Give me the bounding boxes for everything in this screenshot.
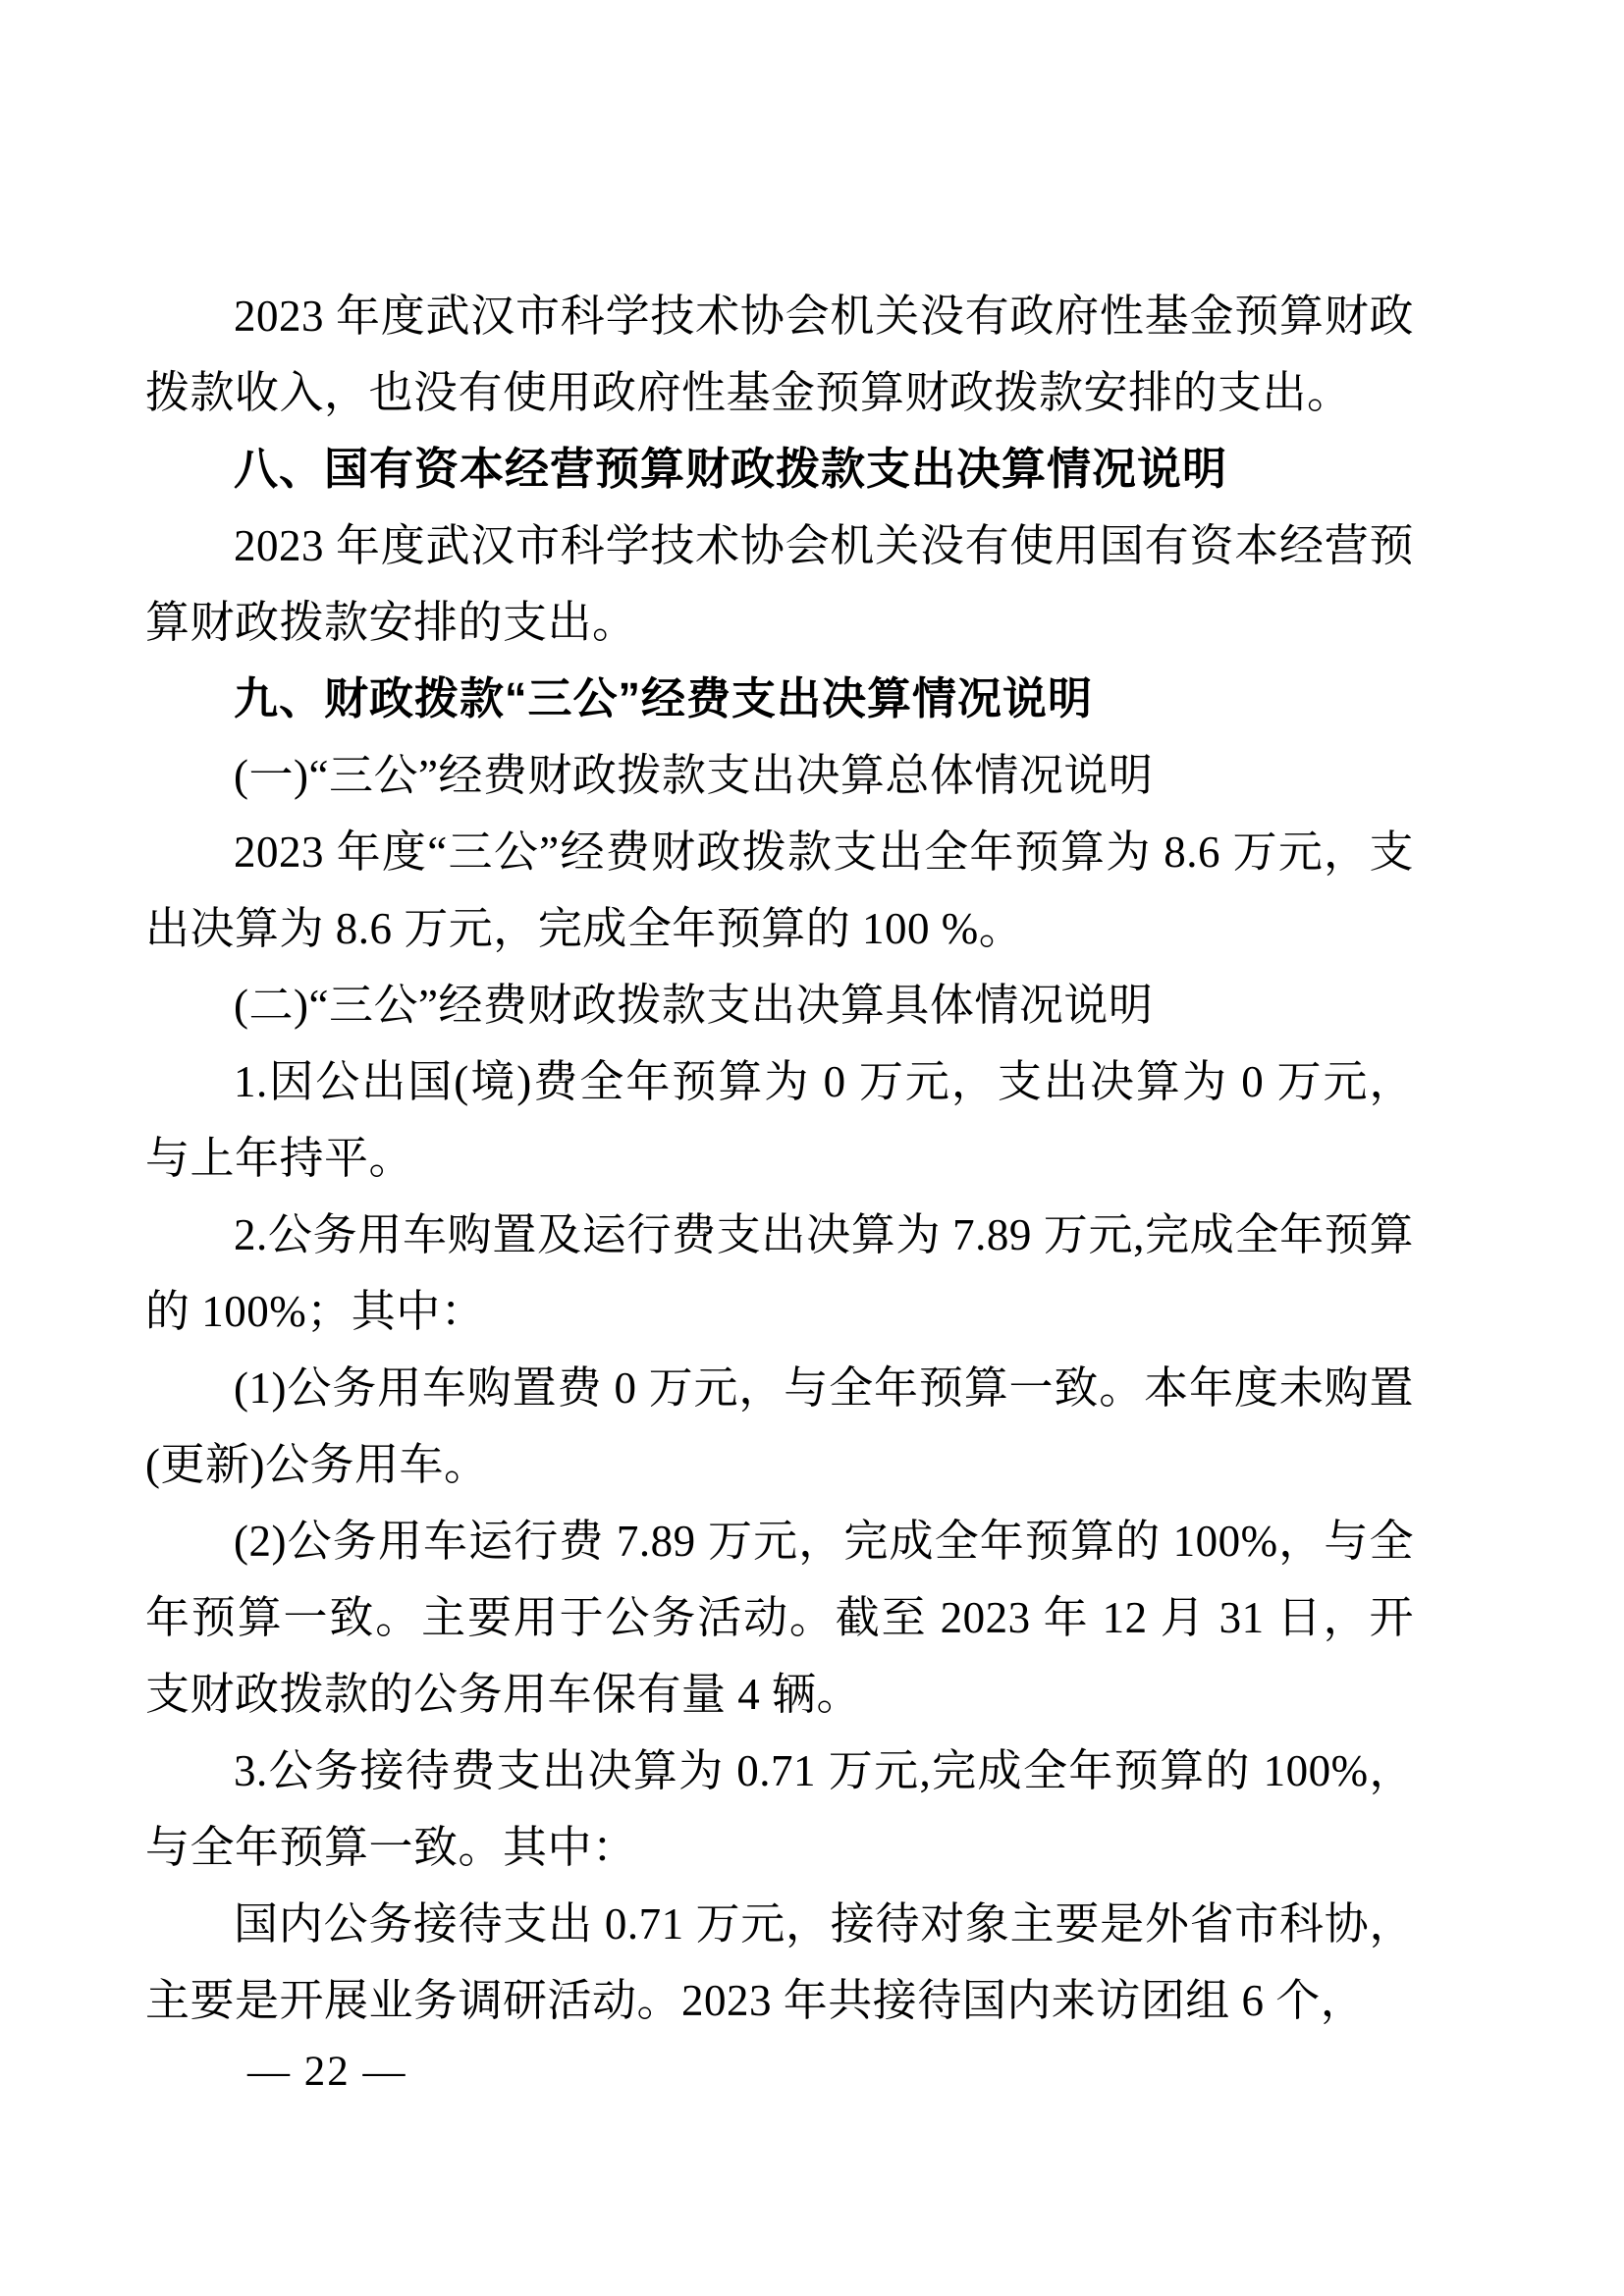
page-number: — 22 — <box>247 2048 407 2097</box>
section-heading-nine: 九、财政拨款“三公”经费支出决算情况说明 <box>145 661 1414 737</box>
paragraph-domestic-reception: 国内公务接待支出 0.71 万元，接待对象主要是外省市科协，主要是开展业务调研活… <box>145 1886 1414 2039</box>
section-heading-eight: 八、国有资本经营预算财政拨款支出决算情况说明 <box>145 431 1414 507</box>
subheading-specific-situation: (二)“三公”经费财政拨款支出决算具体情况说明 <box>145 967 1414 1043</box>
paragraph-reception-total: 3.公务接待费支出决算为 0.71 万元,完成全年预算的 100%，与全年预算一… <box>145 1733 1414 1886</box>
paragraph-overseas-travel: 1.因公出国(境)费全年预算为 0 万元，支出决算为 0 万元，与上年持平。 <box>145 1043 1414 1197</box>
paragraph-gov-fund-summary: 2023 年度武汉市科学技术协会机关没有政府性基金预算财政拨款收入，也没有使用政… <box>145 278 1414 431</box>
paragraph-overall-budget: 2023 年度“三公”经费财政拨款支出全年预算为 8.6 万元，支出决算为 8.… <box>145 814 1414 967</box>
document-body: 2023 年度武汉市科学技术协会机关没有政府性基金预算财政拨款收入，也没有使用政… <box>145 278 1414 2039</box>
subheading-overall-situation: (一)“三公”经费财政拨款支出决算总体情况说明 <box>145 737 1414 814</box>
paragraph-vehicle-total: 2.公务用车购置及运行费支出决算为 7.89 万元,完成全年预算的 100%；其… <box>145 1197 1414 1350</box>
paragraph-vehicle-operation: (2)公务用车运行费 7.89 万元，完成全年预算的 100%，与全年预算一致。… <box>145 1503 1414 1733</box>
paragraph-vehicle-purchase: (1)公务用车购置费 0 万元，与全年预算一致。本年度未购置(更新)公务用车。 <box>145 1350 1414 1503</box>
document-page: 2023 年度武汉市科学技术协会机关没有政府性基金预算财政拨款收入，也没有使用政… <box>0 0 1624 2296</box>
paragraph-state-capital-summary: 2023 年度武汉市科学技术协会机关没有使用国有资本经营预算财政拨款安排的支出。 <box>145 507 1414 661</box>
